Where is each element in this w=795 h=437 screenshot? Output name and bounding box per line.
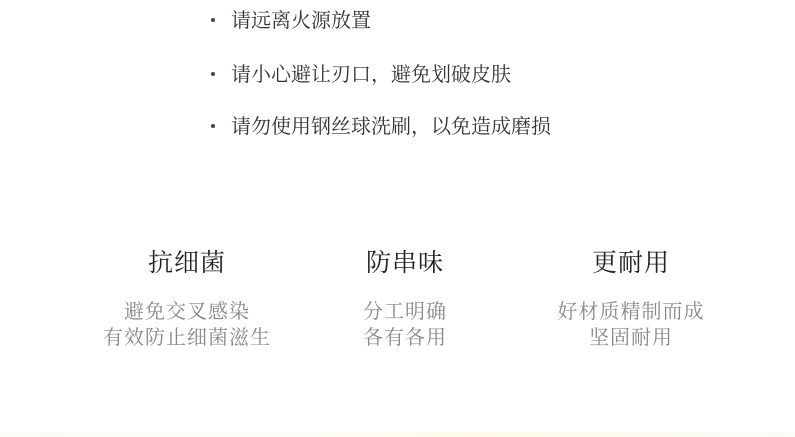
feature-antibacterial: 抗细菌 避免交叉感染 有效防止细菌滋生: [67, 246, 307, 350]
care-note: 请小心避让刃口，避免划破皮肤: [211, 62, 511, 86]
care-note-text: 请小心避让刃口，避免划破皮肤: [231, 62, 511, 86]
feature-desc-line: 各有各用: [285, 324, 525, 350]
bullet-icon: [211, 72, 215, 76]
feature-title: 更耐用: [511, 246, 751, 280]
care-note: 请勿使用钢丝球洗刷，以免造成磨损: [211, 114, 551, 138]
bottom-image-edge: [0, 432, 795, 437]
care-note-text: 请远离火源放置: [231, 8, 371, 32]
feature-desc-line: 避免交叉感染: [67, 298, 307, 324]
bullet-icon: [211, 18, 215, 22]
feature-desc-line: 好材质精制而成: [511, 298, 751, 324]
feature-description: 分工明确 各有各用: [285, 298, 525, 350]
feature-odor-proof: 防串味 分工明确 各有各用: [285, 246, 525, 350]
feature-desc-line: 有效防止细菌滋生: [67, 324, 307, 350]
feature-title: 防串味: [285, 246, 525, 280]
care-note-text: 请勿使用钢丝球洗刷，以免造成磨损: [231, 114, 551, 138]
bullet-icon: [211, 124, 215, 128]
feature-desc-line: 分工明确: [285, 298, 525, 324]
feature-description: 好材质精制而成 坚固耐用: [511, 298, 751, 350]
feature-desc-line: 坚固耐用: [511, 324, 751, 350]
feature-title: 抗细菌: [67, 246, 307, 280]
feature-description: 避免交叉感染 有效防止细菌滋生: [67, 298, 307, 350]
care-note: 请远离火源放置: [211, 8, 371, 32]
feature-durable: 更耐用 好材质精制而成 坚固耐用: [511, 246, 751, 350]
